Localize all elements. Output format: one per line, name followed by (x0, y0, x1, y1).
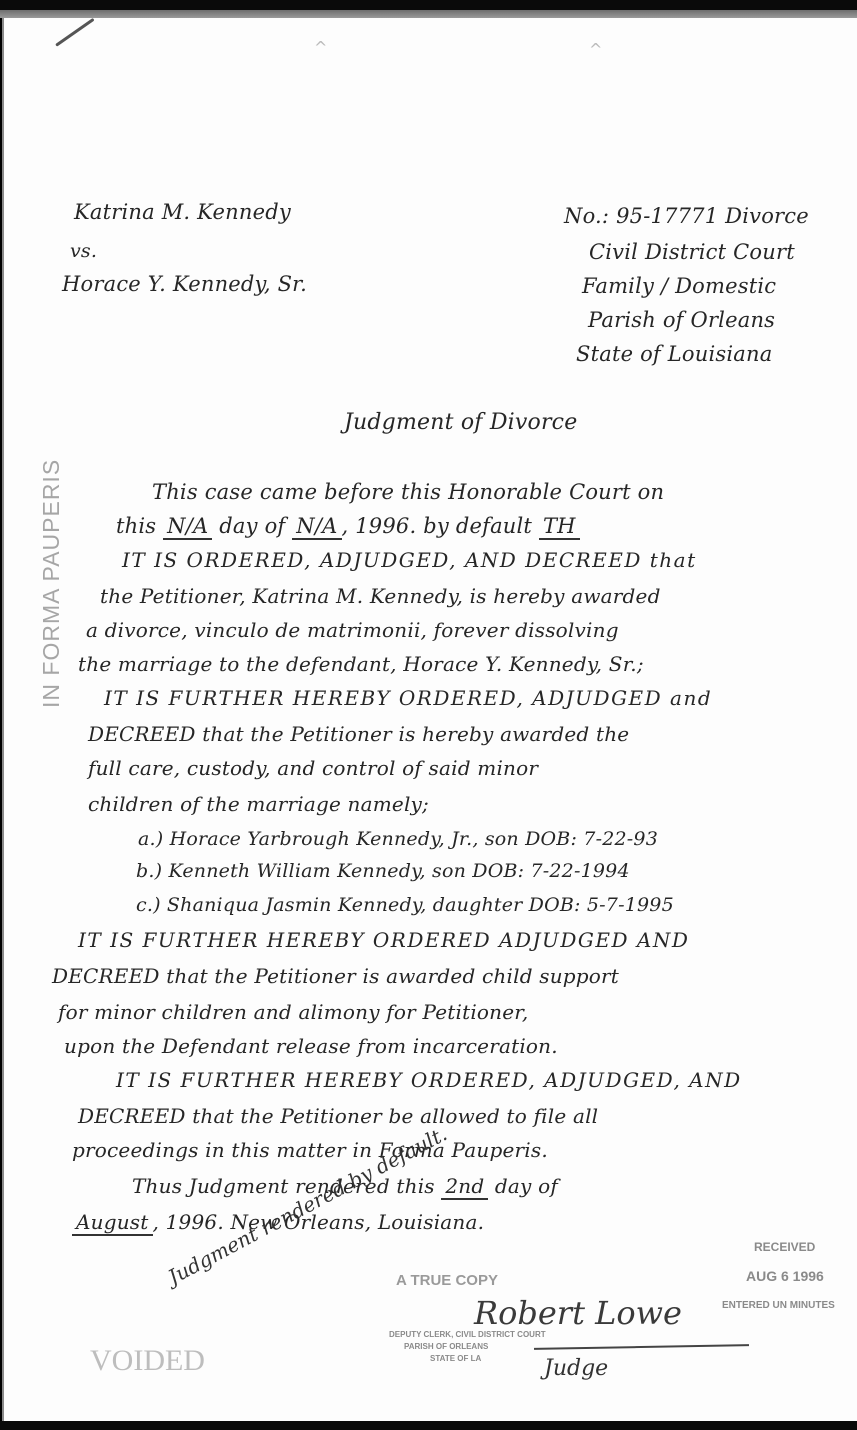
support-line: for minor children and alimony for Petit… (58, 1000, 528, 1024)
body-line: IT IS FURTHER HEREBY ORDERED, ADJUDGED a… (104, 686, 712, 710)
voided-stamp: VOIDED (90, 1344, 205, 1378)
child-item: c.) Shaniqua Jasmin Kennedy, daughter DO… (136, 894, 674, 916)
support-line: upon the Defendant release from incarcer… (64, 1034, 558, 1058)
court-name: Civil District Court (589, 240, 795, 264)
rendered-place: , 1996. New Orleans, Louisiana. (153, 1210, 485, 1234)
support-line: DECREED that the Petitioner is awarded c… (52, 964, 619, 988)
rendered-month: August (72, 1210, 153, 1236)
date-prefix: this (116, 514, 156, 538)
body-line: the Petitioner, Katrina M. Kennedy, is h… (100, 584, 661, 608)
body-line: DECREED that the Petitioner is hereby aw… (88, 722, 629, 746)
document-title: Judgment of Divorce (344, 410, 577, 435)
body-line: full care, custody, and control of said … (88, 756, 538, 780)
rendered-suffix: day of (495, 1174, 558, 1198)
clerk-stamp-line: STATE OF LA (430, 1354, 481, 1363)
in-forma-pauperis-stamp: IN FORMA PAUPERIS (38, 459, 65, 708)
support-line: IT IS FURTHER HEREBY ORDERED ADJUDGED AN… (78, 928, 689, 952)
viewer-bottom-bar (0, 1421, 857, 1430)
case-number: No.: 95-17771 Divorce (564, 204, 809, 228)
body-line: the marriage to the defendant, Horace Y.… (78, 652, 644, 676)
parish-name: Parish of Orleans (588, 308, 775, 332)
initials: TH (539, 514, 580, 540)
scan-artifact: ^ (314, 38, 327, 57)
state-name: State of Louisiana (576, 342, 772, 366)
viewer-top-bar (0, 0, 857, 10)
child-item: a.) Horace Yarbrough Kennedy, Jr., son D… (138, 828, 658, 850)
defendant-name: Horace Y. Kennedy, Sr. (62, 272, 307, 296)
pauperis-line: IT IS FURTHER HEREBY ORDERED, ADJUDGED, … (116, 1068, 742, 1092)
judge-signature: Robert Lowe (474, 1294, 682, 1332)
scan-artifact: ^ (589, 40, 602, 59)
signature-line (534, 1344, 749, 1350)
clerk-stamp-line: PARISH OF ORLEANS (404, 1342, 488, 1351)
pauperis-line: proceedings in this matter in Forma Paup… (72, 1138, 548, 1162)
true-copy-stamp: A TRUE COPY (396, 1272, 498, 1289)
rendered-prefix: Thus Judgment rendered this (132, 1174, 435, 1198)
viewer-top-strip (0, 10, 857, 18)
document-page: ^ ^ Katrina M. Kennedy vs. Horace Y. Ken… (2, 18, 857, 1421)
pauperis-line: DECREED that the Petitioner be allowed t… (78, 1104, 598, 1128)
date-line: this N/A day of N/A, 1996. by default TH (116, 514, 580, 538)
versus-label: vs. (70, 240, 97, 262)
received-stamp-note: ENTERED UN MINUTES (722, 1300, 835, 1311)
received-stamp-label: RECEIVED (754, 1240, 815, 1254)
body-line: This case came before this Honorable Cou… (152, 480, 664, 504)
rendered-day: 2nd (441, 1174, 488, 1200)
month-field: N/A (292, 514, 341, 540)
plaintiff-name: Katrina M. Kennedy (74, 200, 291, 224)
child-item: b.) Kenneth William Kennedy, son DOB: 7-… (136, 860, 630, 882)
date-mid: day of (219, 514, 285, 538)
day-field: N/A (163, 514, 212, 540)
judge-title: Judge (544, 1356, 608, 1381)
body-line: children of the marriage namely; (88, 792, 429, 816)
pen-stroke-mark (55, 18, 94, 47)
received-stamp-date: AUG 6 1996 (746, 1268, 824, 1284)
date-suffix: , 1996. by default (342, 514, 533, 538)
body-line: a divorce, vinculo de matrimonii, foreve… (86, 618, 619, 642)
body-line: IT IS ORDERED, ADJUDGED, AND DECREED tha… (122, 548, 697, 572)
court-division: Family / Domestic (582, 274, 776, 298)
